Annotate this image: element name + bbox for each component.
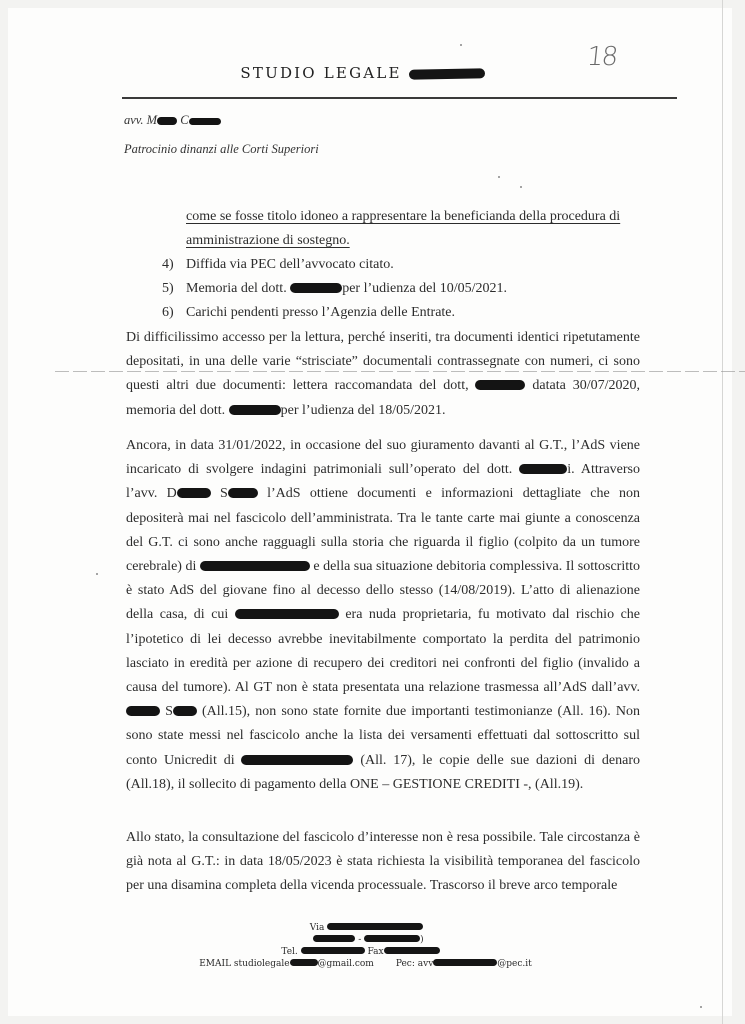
redacted-name xyxy=(229,405,281,415)
redacted-name xyxy=(126,706,160,716)
redacted-last-name xyxy=(189,118,221,125)
letterhead-subtitle: Patrocinio dinanzi alle Corti Superiori xyxy=(124,142,319,157)
footer-phone: Tel. Fax xyxy=(0,946,733,958)
footer-text: @pec.it xyxy=(497,959,531,969)
list-number: 6) xyxy=(162,301,186,325)
footer-email: EMAIL studiolegale@gmail.comPec: avv@pec… xyxy=(0,958,738,970)
scan-edge-line xyxy=(722,0,723,1024)
redacted-name xyxy=(177,488,211,498)
scan-speck xyxy=(498,176,500,178)
redacted-phone xyxy=(301,947,365,954)
attorney-prefix: avv. M xyxy=(124,113,157,127)
footer-text: Pec: avv xyxy=(396,959,433,969)
list-item: 5)Memoria del dott. per l’udienza del 10… xyxy=(162,277,507,301)
footer-text: @gmail.com xyxy=(318,959,374,969)
list-text: Memoria del dott. xyxy=(186,281,290,296)
header-rule xyxy=(122,97,677,99)
list-item: 4)Diffida via PEC dell’avvocato citato. xyxy=(162,253,507,277)
scan-speck xyxy=(520,186,522,188)
footer-text: ) xyxy=(420,935,424,945)
paragraph-text: S xyxy=(160,704,173,719)
footer-text: EMAIL studiolegale xyxy=(199,959,289,969)
attachment-list: 4)Diffida via PEC dell’avvocato citato. … xyxy=(162,253,507,326)
scan-speck xyxy=(460,44,462,46)
list-text: per l’udienza del 10/05/2021. xyxy=(342,281,507,296)
attorney-name: avv. M C xyxy=(124,113,221,128)
letterhead-footer: Via - ) Tel. Fax EMAIL studiolegale@gmai… xyxy=(0,922,745,970)
redacted-surname xyxy=(408,68,484,79)
firm-name-text: STUDIO LEGALE xyxy=(240,64,401,82)
list-text: Diffida via PEC dell’avvocato citato. xyxy=(186,257,394,272)
redacted-name xyxy=(241,755,353,765)
paragraph-text: S xyxy=(211,486,228,501)
list-text: Carichi pendenti presso l’Agenzia delle … xyxy=(186,305,455,320)
paragraph-text: Allo stato, la consultazione del fascico… xyxy=(126,826,640,899)
letterhead: STUDIO LEGALE xyxy=(0,64,745,82)
paragraph-3: Allo stato, la consultazione del fascico… xyxy=(126,826,640,899)
attorney-initial: C xyxy=(177,113,188,127)
list-number: 4) xyxy=(162,253,186,277)
redacted-name xyxy=(235,609,339,619)
redacted-name xyxy=(290,283,342,293)
continued-item-text: come se fosse titolo idoneo a rappresent… xyxy=(186,209,620,248)
redacted-city xyxy=(313,935,355,942)
footer-text: - xyxy=(355,935,364,945)
redacted-email xyxy=(290,959,318,966)
footer-address: Via xyxy=(0,922,739,934)
continued-list-item: come se fosse titolo idoneo a rappresent… xyxy=(186,205,640,253)
redacted-province xyxy=(364,935,420,942)
redacted-name xyxy=(475,380,525,390)
paragraph-1: Di difficilissimo accesso per la lettura… xyxy=(126,326,640,423)
scan-speck xyxy=(700,1006,702,1008)
footer-text: Tel. xyxy=(281,947,300,957)
redacted-first-name xyxy=(157,117,177,125)
redacted-name xyxy=(228,488,258,498)
footer-city: - ) xyxy=(0,934,741,946)
list-item: 6)Carichi pendenti presso l’Agenzia dell… xyxy=(162,301,507,325)
redacted-address xyxy=(327,923,423,930)
list-number: 5) xyxy=(162,277,186,301)
scan-speck xyxy=(96,573,98,575)
footer-text: Via xyxy=(310,923,327,933)
paragraph-text: per l’udienza del 18/05/2021. xyxy=(281,403,446,418)
paragraph-2: Ancora, in data 31/01/2022, in occasione… xyxy=(126,434,640,797)
redacted-name xyxy=(173,706,197,716)
redacted-name xyxy=(519,464,567,474)
firm-name: STUDIO LEGALE xyxy=(240,64,484,82)
redacted-fax xyxy=(384,947,440,954)
footer-text: Fax xyxy=(365,947,384,957)
redacted-pec xyxy=(433,959,497,966)
redacted-name xyxy=(200,561,310,571)
